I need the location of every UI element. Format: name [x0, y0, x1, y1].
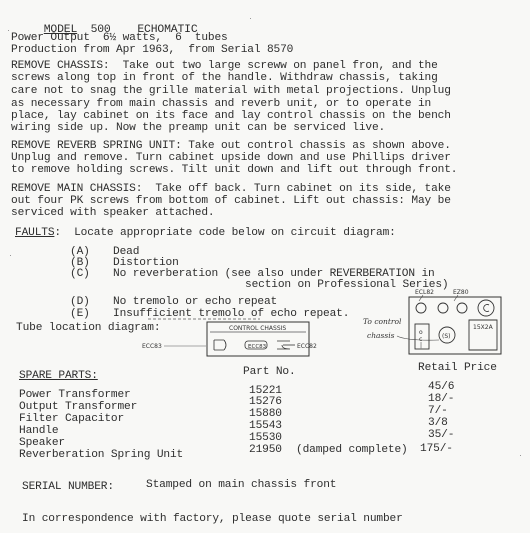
part-name: Reverberation Spring Unit — [19, 449, 183, 461]
text-line: care not to snag the grille material wit… — [11, 85, 451, 97]
scan-speck — [520, 455, 521, 456]
part-name: Filter Capacitor — [19, 413, 124, 425]
part-name: Power Transformer — [19, 389, 131, 401]
part-price: 45/6 — [428, 381, 454, 393]
svg-text:(S): (S) — [442, 333, 451, 340]
part-number: 15880 — [249, 408, 282, 420]
control-chassis-diagram: CONTROL CHASSIS ECC83 ECC82 ECC83 — [140, 318, 340, 363]
text-line: place, lay cabinet on its face and lay c… — [11, 110, 451, 122]
faults-label: FAULTS — [15, 227, 54, 239]
svg-text:chassis: chassis — [367, 331, 395, 340]
main-chassis-diagram: ECL82 EZ80 15X2A o c | (S) To control ch… — [345, 283, 505, 368]
serial-text: Stamped on main chassis front — [146, 479, 336, 491]
col-price-header: Retail Price — [418, 362, 497, 374]
scan-speck — [8, 30, 9, 31]
svg-text:ECC83: ECC83 — [248, 344, 267, 350]
part-price: 18/- — [428, 393, 454, 405]
text-line: out four PK screws from bottom of cabine… — [11, 195, 451, 207]
col-part-header: Part No. — [243, 366, 296, 378]
footer-note: In correspondence with factory, please q… — [22, 513, 403, 525]
fault-text: No tremolo or echo repeat — [113, 296, 277, 308]
part-number: 15276 — [249, 396, 282, 408]
serial-label: SERIAL NUMBER: — [22, 481, 114, 493]
text-line: serviced with speaker attached. — [11, 207, 214, 219]
production-info: Production from Apr 1963, from Serial 85… — [11, 44, 293, 56]
fault-code: (E) — [70, 308, 90, 320]
part-price: 35/- — [428, 429, 454, 441]
part-price: 3/8 — [428, 417, 448, 429]
svg-text:CONTROL CHASSIS: CONTROL CHASSIS — [229, 325, 286, 332]
faults-intro: : Locate appropriate code below on circu… — [54, 227, 395, 239]
text-line: to remove holding screws. Tilt unit down… — [11, 164, 457, 176]
svg-text:To control: To control — [363, 317, 402, 326]
svg-text:ECC83: ECC83 — [142, 343, 162, 350]
tube-diagram-label: Tube location diagram: — [16, 322, 160, 334]
svg-text:ECL82: ECL82 — [415, 289, 434, 296]
part-price: 7/- — [428, 405, 448, 417]
scan-speck — [250, 18, 251, 19]
text-line: REMOVE CHASSIS: Take out two large screw… — [11, 60, 438, 72]
text-line: REMOVE MAIN CHASSIS: Take off back. Turn… — [11, 183, 451, 195]
service-sheet: MODEL 500 ECHOMATIC Power Output 6½ watt… — [0, 0, 530, 533]
part-price: 175/- — [420, 443, 453, 455]
part-name: Output Transformer — [19, 401, 137, 413]
svg-text:o: o — [419, 329, 423, 336]
fault-code: (C) — [70, 268, 90, 280]
text-line: screws along top in front of the handle.… — [11, 72, 438, 84]
part-number: 15543 — [249, 420, 282, 432]
text-line: Unplug and remove. Turn cabinet upside d… — [11, 152, 451, 164]
svg-text:ECC82: ECC82 — [297, 343, 317, 350]
faults-heading: FAULTS: Locate appropriate code below on… — [15, 227, 396, 239]
part-number: 15530 — [249, 432, 282, 444]
power-output: Power Output 6½ watts, 6 tubes — [11, 32, 228, 44]
part-number: 21950 — [249, 444, 282, 456]
part-name: Speaker — [19, 437, 65, 449]
text-line: as necessary from main chassis and rever… — [11, 98, 431, 110]
part-note: (damped complete) — [296, 444, 408, 456]
svg-text:15X2A: 15X2A — [473, 324, 494, 331]
text-line: REMOVE REVERB SPRING UNIT: Take out cont… — [11, 140, 451, 152]
svg-text:EZ80: EZ80 — [453, 289, 469, 296]
fault-code: (D) — [70, 296, 90, 308]
spare-parts-heading: SPARE PARTS: — [19, 370, 98, 382]
text-line: wiring side up. Now the preamp unit can … — [11, 122, 385, 134]
svg-text:|: | — [420, 342, 422, 349]
scan-speck — [10, 255, 11, 256]
part-name: Handle — [19, 425, 58, 437]
